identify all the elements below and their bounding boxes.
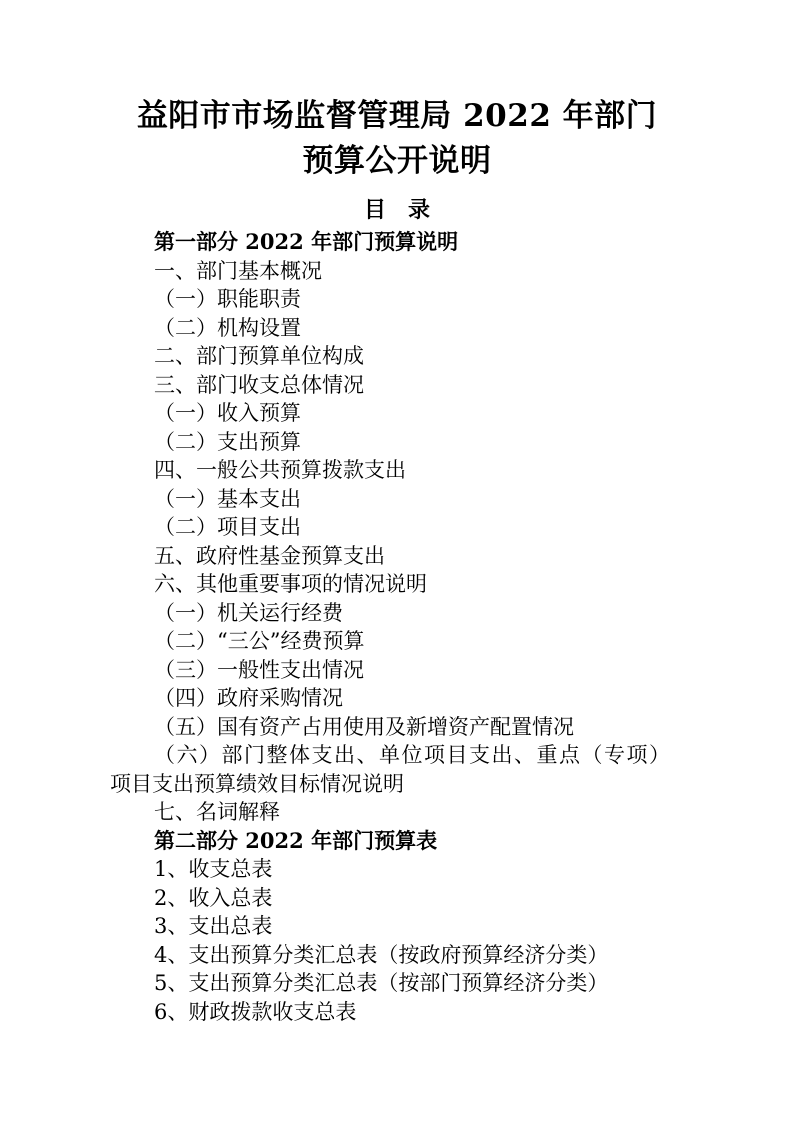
toc-line: （六）部门整体支出、单位项目支出、重点（专项） (110, 741, 706, 770)
toc-line: 六、其他重要事项的情况说明 (110, 570, 706, 599)
toc-line: 一、部门基本概况 (110, 257, 706, 286)
toc-part-one-heading: 第一部分 2022 年部门预算说明 (110, 228, 706, 257)
toc-line: （一）收入预算 (110, 399, 706, 428)
toc-line: （三）一般性支出情况 (110, 656, 706, 685)
toc-line: 6、财政拨款收支总表 (110, 998, 706, 1027)
toc-line: （四）政府采购情况 (110, 684, 706, 713)
document-title: 益阳市市场监督管理局 2022 年部门预算公开说明 (125, 94, 670, 184)
toc-part-two-heading: 第二部分 2022 年部门预算表 (110, 827, 706, 856)
toc-line: 4、支出预算分类汇总表（按政府预算经济分类） (110, 941, 706, 970)
toc-line: 七、名词解释 (110, 798, 706, 827)
toc-line: 5、支出预算分类汇总表（按部门预算经济分类） (110, 969, 706, 998)
toc-line: 五、政府性基金预算支出 (110, 542, 706, 571)
toc-line: 1、收支总表 (110, 855, 706, 884)
toc-line: （一）职能职责 (110, 285, 706, 314)
toc-line: 三、部门收支总体情况 (110, 371, 706, 400)
document-page: 益阳市市场监督管理局 2022 年部门预算公开说明 目 录 第一部分 2022 … (0, 0, 794, 1122)
toc-line: 二、部门预算单位构成 (110, 342, 706, 371)
toc-line: 四、一般公共预算拨款支出 (110, 456, 706, 485)
toc-heading: 目 录 (0, 196, 794, 224)
toc-line: 2、收入总表 (110, 884, 706, 913)
toc-line: 3、支出总表 (110, 912, 706, 941)
toc-line: （二）机构设置 (110, 314, 706, 343)
toc-line: （二）项目支出 (110, 513, 706, 542)
toc-line: （二）“三公”经费预算 (110, 627, 706, 656)
toc-line: （一）机关运行经费 (110, 599, 706, 628)
toc-line: （二）支出预算 (110, 428, 706, 457)
toc-list: 第一部分 2022 年部门预算说明 一、部门基本概况 （一）职能职责 （二）机构… (0, 228, 794, 1026)
toc-line: （五）国有资产占用使用及新增资产配置情况 (110, 713, 706, 742)
toc-line-continuation: 项目支出预算绩效目标情况说明 (110, 770, 706, 799)
toc-line: （一）基本支出 (110, 485, 706, 514)
